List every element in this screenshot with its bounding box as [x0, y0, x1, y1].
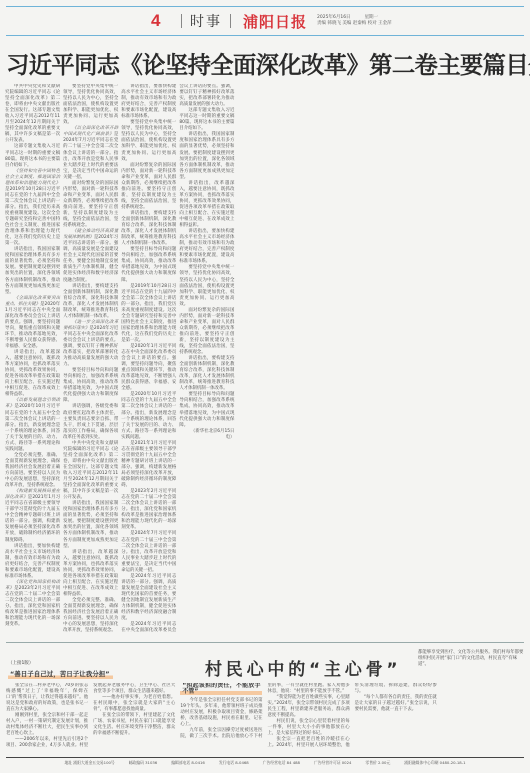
article-paragraph: 讲话指出，我国国家制度和国家治理体系具有多方面的显著优势，必须坚持和发展。要把制… [179, 132, 234, 180]
editor-credits: 责编 韩晓飞 美编 赵秦梅 校对 王金萍 [317, 21, 392, 27]
story-paragraph: ——他办好事实事，为老百姓着想。在村民眼中，张全宗就是大家的“主心骨”，有事都愿… [93, 695, 175, 713]
article-paragraph: 《坚持和完善中国特色社会主义制度、推进国家治理体系和治理能力现代化》是2019年… [5, 169, 60, 248]
story-paragraph: “我觉得能为老百姓做些实事，心里踏实。”2024年，张全宗带领村民完成了多项民生… [267, 695, 349, 719]
article-paragraph: 面对纷繁复杂的国际国内形势，面对新一轮科技革命和产业变革，面对人民群众新期待，必… [63, 181, 118, 229]
footer-price: 零售价 2.00元 [365, 760, 390, 766]
article-paragraph: 《构建新发展格局重在深化改革》是2021年1月习近平同志在省部级主要领导干部学习… [5, 489, 60, 543]
article-paragraph: 讲话指出，要构建支持全面创新体制机制，深化教育综合改革，深化科技体制改革，深化人… [179, 356, 234, 392]
article-paragraph: 《以新发展理念引领改革》是2020年10月习近平同志在党的十九届五中全会第二次全… [5, 398, 60, 452]
page-headline: 习近平同志《论坚持全面深化改革》第二卷主要篇目介绍 [6, 46, 524, 74]
story-paragraph: 村民们说，张全宗心里装着村里的每一件事，村里大大小小的事他都放在心上，是大家信得… [267, 719, 349, 737]
article-paragraph: 是2021年1月习近平同志在省部级主要领导干部学习贯彻党的十九届五中全会精神专题… [121, 441, 176, 489]
article-paragraph: 全党必须完整、准确、全面贯彻新发展理念，确保我国经济社会发展沿着正确方向前进。要… [5, 453, 60, 489]
article-paragraph: 讲话指出，改革越深入，越要注意协同，既抓改革方案协同，也抓改革落实协同，更抓改革… [63, 550, 118, 598]
article-paragraph: 《健全推动经济高质量发展体制机制》是2024年习近平同志讲话的一部分。强调，高质… [63, 229, 118, 283]
footer-ad-phone: 广告经营电话 84 488 [263, 760, 300, 766]
story-paragraph: 今年是张全宗担任村党支部书记的第19个年头。多年来，他带领村班子成员推动村庄发展… [180, 698, 262, 728]
article-subtitle: 《以全面深化改革开辟中国式现代化广阔前景》 [63, 126, 118, 137]
article-paragraph: 中共中央党史和文献研究院编辑的习近平同志《论坚持全面深化改革》第二卷，即将由中央… [63, 441, 118, 501]
footer-editorial-phone: 编辑部电话 8-0416 [171, 760, 205, 766]
article-paragraph: 《进一步全面深化改革要抓好落实》是2024年习近平同志在中央全面深化改革委员会会… [63, 320, 118, 368]
masthead-inner: 4 时事 浦阳日报 2025年6月16日 星期一 责编 韩晓飞 美编 赵秦梅 校… [151, 11, 392, 31]
story-paragraph: 在张全宗的带领下，村里建起了文化广场、农家书屋，村民在家门口就能享受文化生活。村… [93, 713, 175, 737]
article-paragraph: 是2024年习近平同志讲话的一部分。强调，高质量发展是全面建设社会主义现代化国家… [121, 574, 176, 622]
article-paragraph: 讲话指出，改革越深入，越要注意协同，既抓改革方案协同，也抓改革落实协同，更抓改革… [179, 181, 234, 229]
article-paragraph: 讲话强调，各级党委和政府要扛起改革主体责任，主要负责同志要亲自抓、带头干，形成上… [63, 404, 118, 440]
newspaper-logo: 浦阳日报 [243, 11, 307, 32]
article-paragraph: 是2023年2月习近平同志在党的二十届二中全会第二次全体会议上讲话的一部分。指出… [121, 489, 176, 531]
article-paragraph: 是2019年10月28日习近平同志在党的十九届四中全会第二次全体会议上讲话的一部… [121, 284, 176, 344]
article-paragraph: 面对纷繁复杂的国际国内形势，面对新一轮科技革命和产业变革，面对人民群众新期待，必… [121, 163, 176, 211]
story-paragraph: 张全宗在二村养老中心，70岁的张志梅感慨“过上了‘幸福晚年’，保姆在口‘的’帮我… [6, 683, 88, 713]
masthead-divider [230, 14, 231, 28]
article-paragraph: 《以全面深化改革开辟中国式现代化广阔前景》是2024年7月习近平同志在党的二十届… [63, 126, 118, 180]
footer-postcode: 邮政编码 31036 [129, 760, 157, 766]
article-subtitle: 《坚持和完善中国特色社会主义制度、推进国家治理体系和治理能力现代化》 [5, 169, 60, 186]
article-signoff: （新华社北京6月15日电） [179, 429, 234, 441]
story-paragraph: 刚刚到村里，张全宗和村干部一起走村入户，一村一策研究制定发展计划，推动村集体经济… [6, 713, 88, 737]
article-paragraph: 讲话指出，改革越深入，越要注意协同，既抓改革方案协同，也抓改革落实协同，更抓改革… [5, 350, 60, 398]
footer-printer: 浦阳融媒体中心印刷 0480-20-18-1 [404, 760, 465, 766]
article-paragraph: 是2024年7月习近平同志在党的二十届三中全会第二次全体会议上讲话的一部分。指出… [121, 531, 176, 573]
issue-meta: 2025年6月16日 星期一 责编 韩晓飞 美编 赵秦梅 校对 王金萍 [317, 15, 392, 27]
article-paragraph: 讲话指出，我国国家制度和国家治理体系具有多方面的显著优势，必须坚持和发展。要把制… [5, 247, 60, 295]
article-paragraph: 《深化党和国家机构改革》是2023年2月习近平同志在党的二十届二中全会第二次全体… [5, 580, 60, 628]
article-paragraph: 中共中央党史和文献研究院编辑的习近平同志《论坚持全面深化改革》第二卷，即将由中央… [5, 84, 60, 144]
article-paragraph: 是2020年10月习近平同志在党的十九届五中全会第二次全体会议上讲话的一部分。指… [121, 392, 176, 440]
article-paragraph: 《全面深化改革要突出重点、抓住关键》是2020年1月习近平同志在中央全面深化改革… [5, 296, 60, 350]
section-divider [6, 642, 524, 643]
article-paragraph: 要坚持党中央集中统一领导，坚持优化协同高效，坚持以人民为中心，坚持全面依法治国，… [121, 120, 176, 162]
page-number: 4 [151, 11, 173, 31]
article-paragraph: 讲话指出，要构建支持全面创新体制机制，深化教育综合改革，深化科技体制改革，深化人… [63, 284, 118, 320]
article-paragraph: 讲话指出，要加快构建高水平社会主义市场经济体制，推动有效市场和有为政府更好结合，… [5, 544, 60, 580]
masthead: 4 时事 浦阳日报 2025年6月16日 星期一 责编 韩晓飞 美编 赵秦梅 校… [6, 6, 524, 36]
continued-from-label: （上接1版） [8, 660, 33, 666]
article-paragraph: 要坚持目标导向和问题导向相结合，加强改革系统集成、协同高效，推动改革举措落地见效… [121, 247, 176, 283]
article-paragraph: 是2020年1月习近平同志在中央全面深化改革委员会会议上讲话的要点。强调，要坚持… [121, 344, 176, 392]
article-paragraph: 面对纷繁复杂的国际国内形势，面对新一轮科技革命和产业变革，面对人民群众新期待，必… [179, 308, 234, 356]
article-paragraph: 讲话指出，要加快构建高水平社会主义市场经济体制，推动有效市场和有为政府更好结合，… [179, 229, 234, 265]
page-footer: 地址 浦阳大道金五交易100号 邮政编码 31036 编辑部电话 8-0416 … [6, 760, 524, 766]
article-paragraph: 要坚持党中央集中统一领导，坚持优化协同高效，坚持以人民为中心，坚持全面依法治国，… [63, 84, 118, 126]
article-paragraph: 要坚持目标导向和问题导向相结合，加强改革系统集成、协同高效，推动改革举措落地见效… [179, 392, 234, 428]
footer-distribution-phone: 发行电话 8-0468 [219, 760, 249, 766]
story-title: 村民心中的“主心骨” [205, 655, 401, 680]
main-article: 中共中央党史和文献研究院编辑的习近平同志《论坚持全面深化改革》第二卷，即将由中央… [5, 84, 525, 635]
footer-ad-license: 广告经营许可证 0024 [314, 760, 351, 766]
masthead-divider [181, 14, 182, 28]
section-name: 时事 [190, 11, 222, 31]
article-paragraph: 讲话指出，要加快构建高水平社会主义市场经济体制，推动有效市场和有为政府更好结合，… [121, 84, 176, 120]
article-paragraph: 讲话指出，要构建支持全面创新体制机制，深化教育综合改革，深化科技体制改革，深化人… [121, 211, 176, 247]
story-continuation: 都能够享受到医疗、文化等公共服务。我们村每年都要组织村民开展“家门口”的文化活动… [418, 650, 524, 668]
story-subhead: “善日子自己过，苦日子让我分担” [8, 669, 113, 679]
article-paragraph: 全党必须完整、准确、全面贯彻新发展理念，确保我国经济社会发展沿着正确方向前进。要… [63, 598, 118, 634]
article-paragraph: 讲话指出，我国国家制度和国家治理体系具有多方面的显著优势，必须坚持和发展。要把制… [63, 501, 118, 549]
footer-divider [6, 757, 524, 758]
story-paragraph: “每个人都有各自的责任，我的责任就是让大家的日子越过越好。”张全宗说，只要村民需… [355, 695, 437, 713]
article-paragraph: 这部专题文集收入习近平同志这一时期的重要文稿80篇。现将这本书的主要篇目介绍如下… [5, 144, 60, 168]
article-paragraph: 要坚持目标导向和问题导向相结合，加强改革系统集成、协同高效，推动改革举措落地见效… [63, 368, 118, 404]
bottom-story-body: 张全宗在二村养老中心，70岁的张志梅感慨“过上了‘幸福晚年’，保姆在口‘的’帮我… [6, 683, 524, 751]
footer-address: 地址 浦阳大道金五交易100号 [64, 760, 114, 766]
article-paragraph: 要坚持党中央集中统一领导，坚持优化协同高效，坚持以人民为中心，坚持全面依法治国，… [179, 265, 234, 307]
story-subhead: “担起该担的责任，不能放手不管” [180, 683, 262, 695]
article-paragraph: 这部专题文集收入习近平同志这一时期的重要文稿80篇。现将这本书的主要篇目介绍如下… [179, 108, 234, 132]
